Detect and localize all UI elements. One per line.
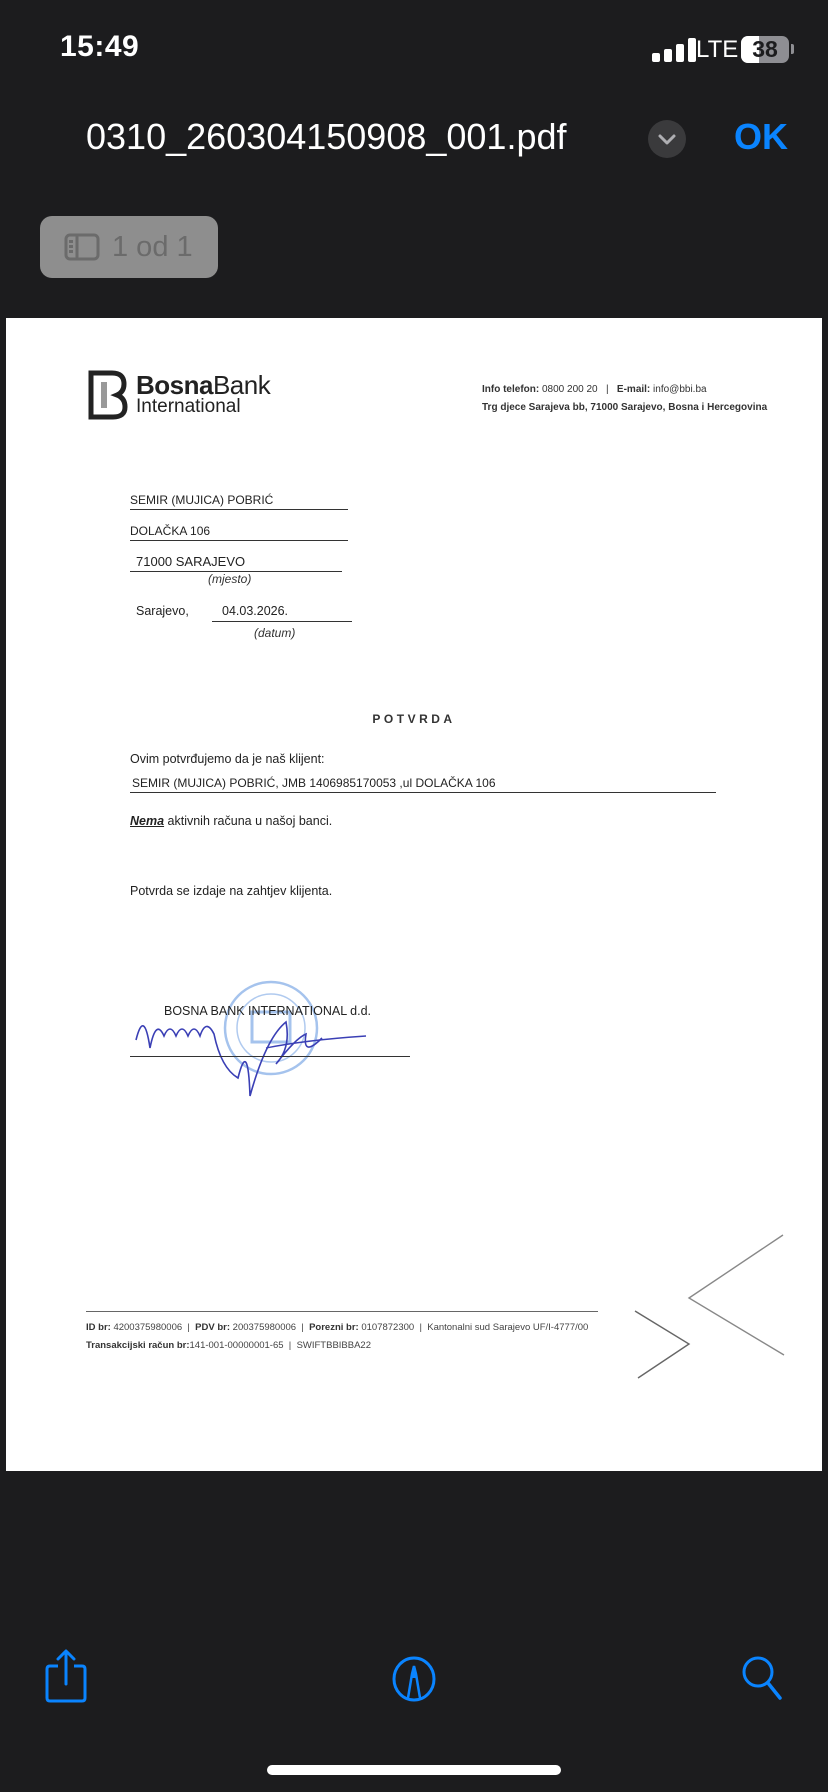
bank-logo-subtitle: International <box>136 396 241 418</box>
recipient-street: DOLAČKA 106 <box>130 524 348 541</box>
network-type: LTE <box>696 36 738 64</box>
place-label: Sarajevo, <box>136 604 189 618</box>
share-button[interactable] <box>42 1648 90 1704</box>
intro-text: Ovim potvrđujemo da je naš klijent: <box>130 752 325 766</box>
statement-emphasis: Nema <box>130 814 164 828</box>
recipient-name: SEMIR (MUJICA) POBRIĆ <box>130 493 348 510</box>
signatory-label: BOSNA BANK INTERNATIONAL d.d. <box>164 1004 371 1018</box>
bank-stamp-signature <box>126 978 386 1108</box>
footer-line-2: Transakcijski račun br:141-001-00000001-… <box>86 1340 371 1351</box>
battery-tip <box>791 44 794 54</box>
purpose-text: Potvrda se izdaje na zahtjev klijenta. <box>130 884 332 898</box>
footer-rule <box>86 1311 598 1312</box>
share-icon <box>42 1648 90 1704</box>
signature-line <box>130 1056 410 1057</box>
pdf-page[interactable]: BosnaBank International Info telefon: 08… <box>6 318 822 1471</box>
title-menu-button[interactable] <box>648 120 686 158</box>
statement-text: Nema aktivnih računa u našoj banci. <box>130 814 332 828</box>
document-heading: POTVRDA <box>6 712 822 726</box>
sidebar-icon <box>64 233 100 261</box>
date-caption: (datum) <box>254 626 295 640</box>
done-button[interactable]: OK <box>734 116 788 158</box>
markup-button[interactable] <box>390 1648 438 1704</box>
battery-level: 38 <box>741 36 789 63</box>
page-indicator-button[interactable]: 1 od 1 <box>40 216 218 278</box>
recipient-city: 71000 SARAJEVO <box>130 554 342 572</box>
document-date: 04.03.2026. <box>212 604 352 622</box>
search-icon <box>738 1648 786 1704</box>
bank-contact-line: Info telefon: 0800 200 20 | E-mail: info… <box>482 384 707 395</box>
bank-logo-icon <box>88 370 128 420</box>
search-button[interactable] <box>738 1648 786 1704</box>
status-time: 15:49 <box>60 30 139 64</box>
bank-address: Trg djece Sarajeva bb, 71000 Sarajevo, B… <box>482 402 767 413</box>
page-count-label: 1 od 1 <box>112 231 193 264</box>
document-title[interactable]: 0310_260304150908_001.pdf <box>86 116 567 158</box>
client-details: SEMIR (MUJICA) POBRIĆ, JMB 1406985170053… <box>130 776 716 793</box>
decorative-chevrons <box>626 1230 796 1390</box>
home-indicator[interactable] <box>267 1765 561 1775</box>
city-caption: (mjesto) <box>208 572 251 586</box>
chevron-down-icon <box>648 120 686 158</box>
footer-line-1: ID br: 4200375980006 | PDV br: 200375980… <box>86 1322 588 1333</box>
battery-icon: 38 <box>741 36 789 63</box>
markup-icon <box>390 1648 438 1704</box>
